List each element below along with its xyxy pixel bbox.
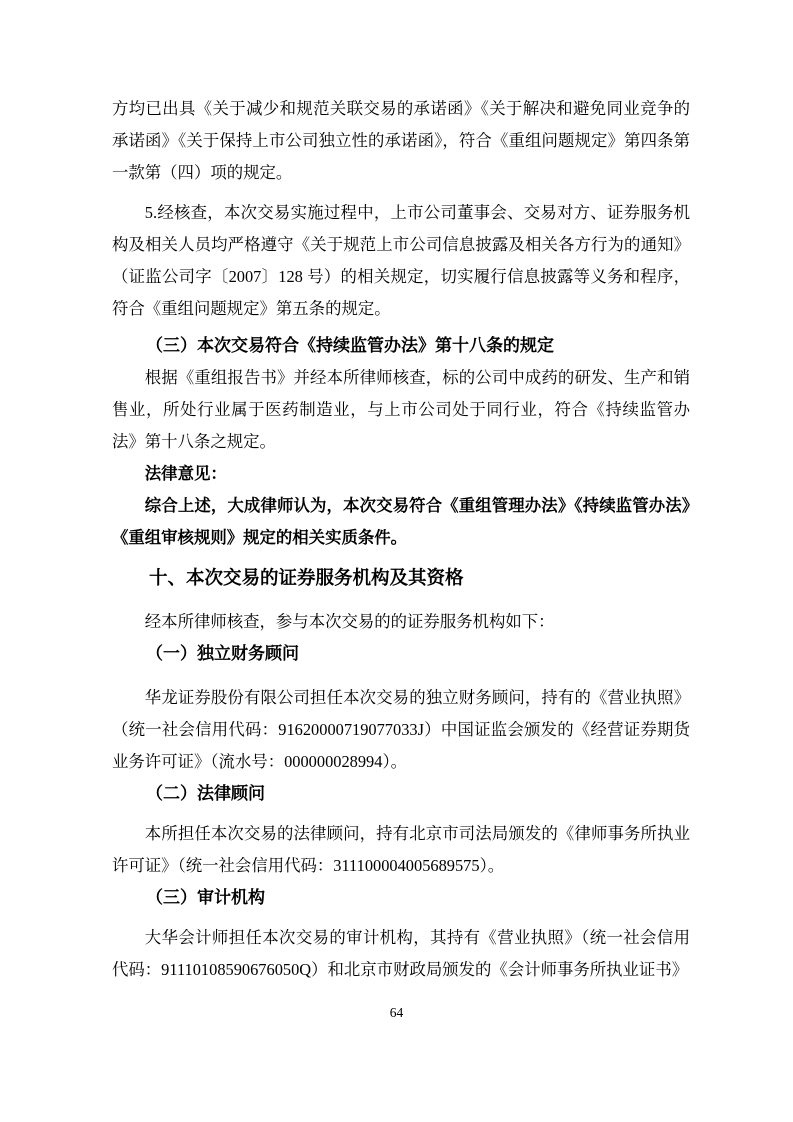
- paragraph-item-5: 5.经核查，本次交易实施过程中，上市公司董事会、交易对方、证券服务机构及相关人员…: [112, 197, 690, 325]
- heading-audit-agency: （三）审计机构: [112, 882, 690, 914]
- paragraph-continuation: 方均已出具《关于减少和规范关联交易的承诺函》《关于解决和避免同业竞争的承诺函》《…: [112, 93, 690, 189]
- paragraph-basis: 根据《重组报告书》并经本所律师核查，标的公司中成药的研发、生产和销售业，所处行业…: [112, 362, 690, 458]
- document-page: 方均已出具《关于减少和规范关联交易的承诺函》《关于解决和避免同业竞争的承诺函》《…: [0, 0, 793, 1122]
- paragraph-audit-agency: 大华会计师担任本次交易的审计机构，其持有《营业执照》（统一社会信用代码：9111…: [112, 922, 690, 986]
- legal-opinion-conclusion: 综合上述，大成律师认为，本次交易符合《重组管理办法》《持续监管办法》《重组审核规…: [112, 490, 690, 554]
- paragraph-legal-advisor: 本所担任本次交易的法律顾问，持有北京市司法局颁发的《律师事务所执业许可证》（统一…: [112, 818, 690, 882]
- legal-opinion-label: 法律意见：: [112, 458, 690, 490]
- heading-subsection-3-compliance: （三）本次交易符合《持续监管办法》第十八条的规定: [112, 330, 690, 362]
- document-content: 方均已出具《关于减少和规范关联交易的承诺函》《关于解决和避免同业竞争的承诺函》《…: [112, 93, 690, 986]
- heading-section-10: 十、本次交易的证券服务机构及其资格: [112, 562, 690, 594]
- paragraph-intro-agencies: 经本所律师核查，参与本次交易的的证券服务机构如下：: [112, 606, 690, 638]
- heading-financial-advisor: （一）独立财务顾问: [112, 638, 690, 670]
- heading-legal-advisor: （二）法律顾问: [112, 778, 690, 810]
- page-number: 64: [0, 1003, 793, 1023]
- paragraph-financial-advisor: 华龙证券股份有限公司担任本次交易的独立财务顾问，持有的《营业执照》（统一社会信用…: [112, 682, 690, 778]
